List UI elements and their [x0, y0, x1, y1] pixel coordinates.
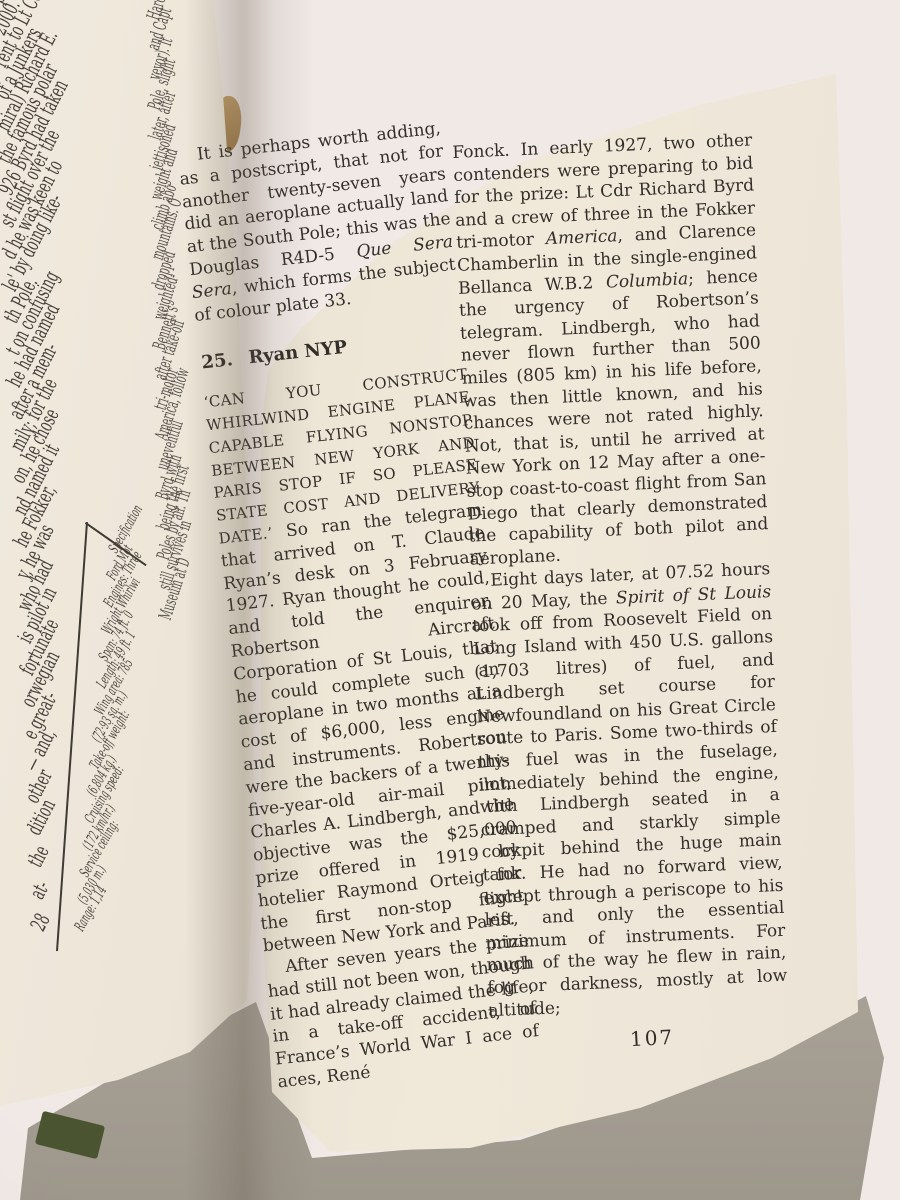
right-text-column: Fonck. In early 1927, two other contende… [452, 129, 789, 1022]
book-photo: { "photo": { "background_color": "#f1e9e… [0, 0, 900, 1200]
section-number: 25. [200, 350, 233, 374]
left-page-line: dition [22, 795, 60, 839]
section-title: Ryan NYP [248, 337, 349, 369]
italic-aircraft-name: Columbia [606, 269, 689, 292]
left-page-line: 28 [26, 910, 55, 935]
paragraph-contenders: Fonck. In early 1927, two other contende… [452, 129, 770, 570]
left-page-line: the [23, 842, 54, 871]
left-page-line: at- [25, 877, 54, 903]
paragraph-text: took off from Roosevelt Field on Long Is… [472, 604, 788, 1020]
paragraph-takeoff: Eight days later, at 07.52 hours on 20 M… [470, 558, 789, 1022]
paragraph-postscript: It is perhaps worth adding, as a postscr… [176, 117, 459, 327]
italic-aircraft-name: America [545, 227, 617, 250]
page-number: 107 [629, 1025, 674, 1051]
paragraph-text: ; hence the urgency of Robertson’s teleg… [459, 266, 769, 569]
